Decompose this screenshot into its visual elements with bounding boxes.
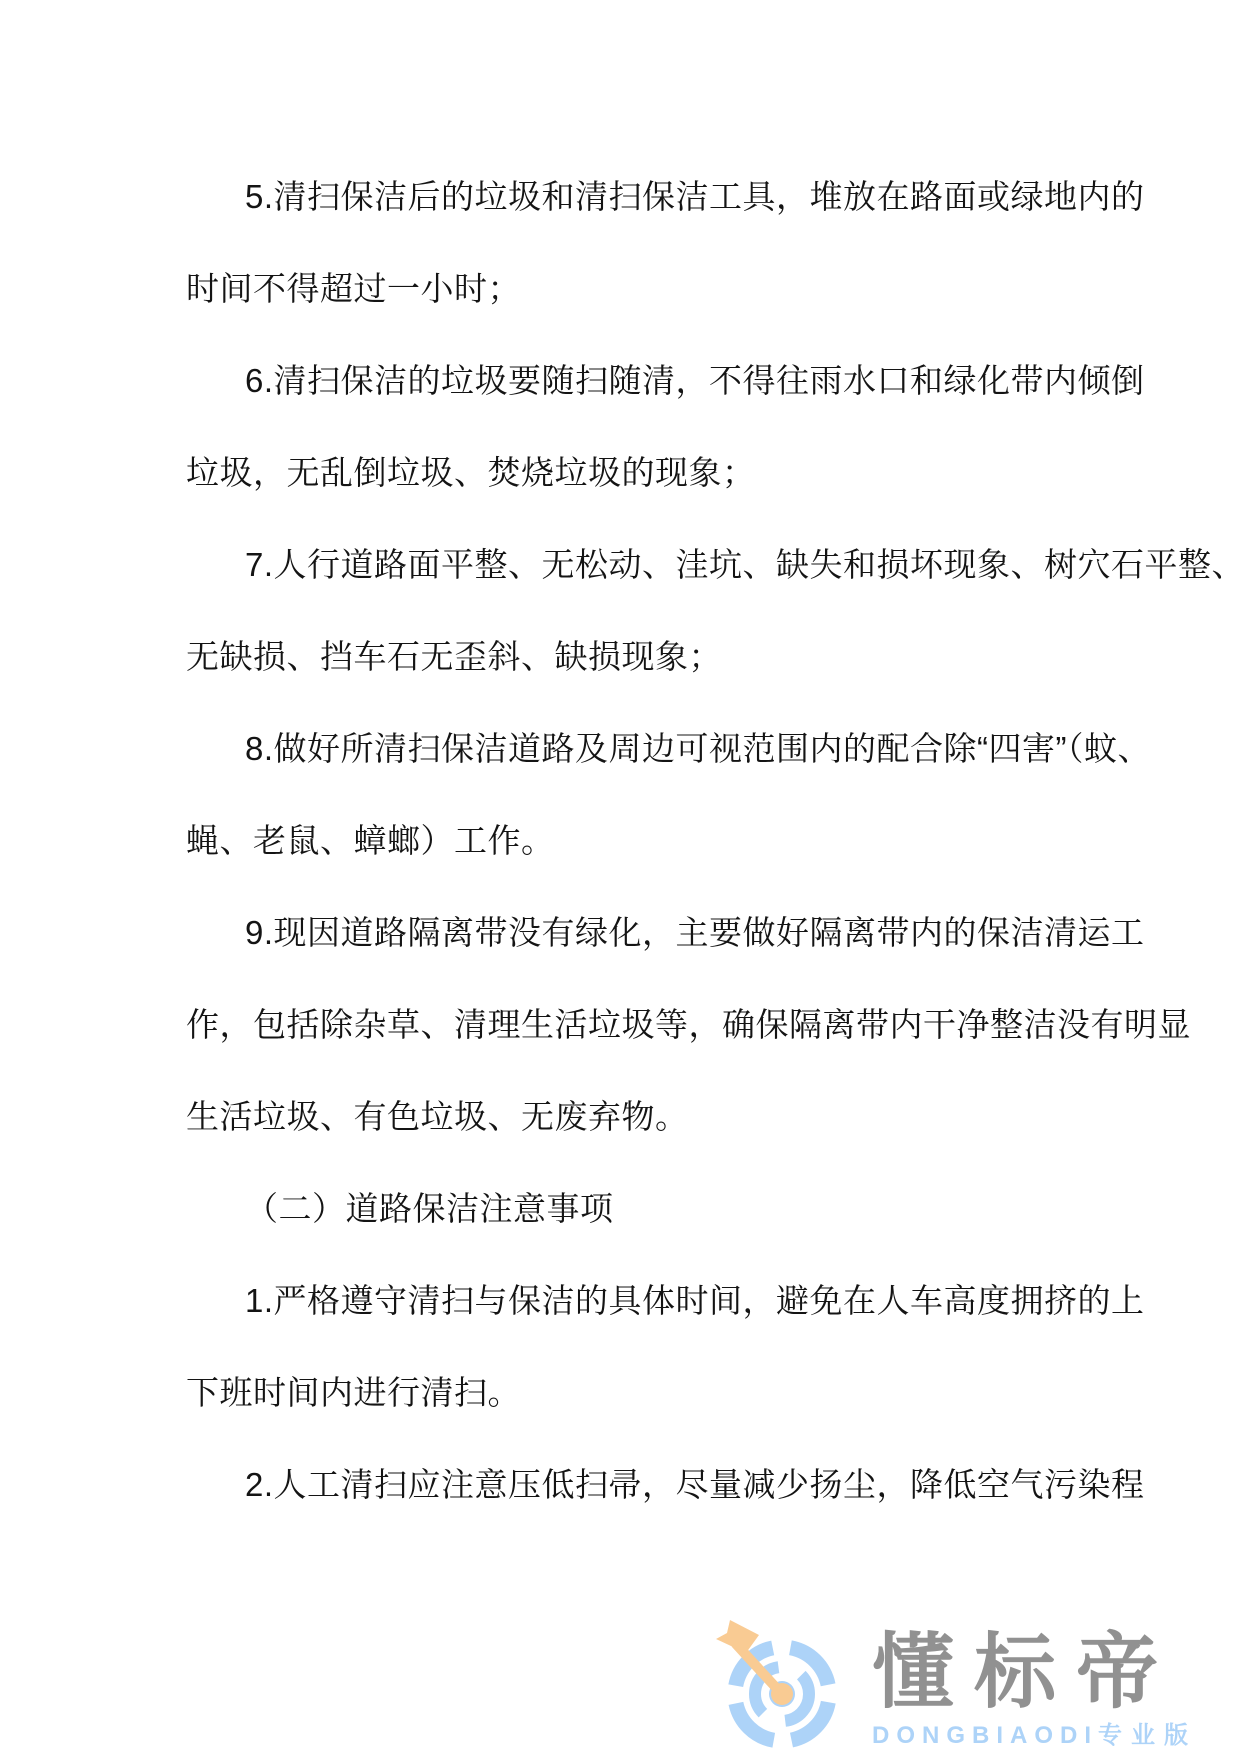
note-1-line-2: 下班时间内进行清扫。 xyxy=(186,1347,1150,1439)
brand-name: 懂标帝 xyxy=(872,1632,1197,1714)
document-body: 5.清扫保洁后的垃圾和清扫保洁工具，堆放在路面或绿地内的 时间不得超过一小时； … xyxy=(186,151,1150,1531)
paragraph-7-line-2: 无缺损、挡车石无歪斜、缺损现象； xyxy=(186,611,1150,703)
paragraph-5-line-2: 时间不得超过一小时； xyxy=(186,243,1150,335)
paragraph-9-line-2: 作，包括除杂草、清理生活垃圾等，确保隔离带内干净整洁没有明显 xyxy=(186,979,1150,1071)
section-heading-2: （二）道路保洁注意事项 xyxy=(186,1163,1150,1255)
paragraph-8-line-2: 蝇、老鼠、蟑螂）工作。 xyxy=(186,795,1150,887)
paragraph-9-line-3: 生活垃圾、有色垃圾、无废弃物。 xyxy=(186,1071,1150,1163)
brand-watermark: 懂标帝 DONGBIAODI专业版 xyxy=(712,1618,1197,1754)
paragraph-8-line-1: 8.做好所清扫保洁道路及周边可视范围内的配合除“四害”（蚊、 xyxy=(186,703,1150,795)
target-dart-icon xyxy=(712,1618,844,1754)
document-page: 5.清扫保洁后的垃圾和清扫保洁工具，堆放在路面或绿地内的 时间不得超过一小时； … xyxy=(0,0,1241,1754)
brand-latin: DONGBIAODI xyxy=(872,1722,1098,1749)
paragraph-6-line-1: 6.清扫保洁的垃圾要随扫随清，不得往雨水口和绿化带内倾倒 xyxy=(186,335,1150,427)
brand-subtitle: DONGBIAODI专业版 xyxy=(872,1724,1197,1748)
note-1-line-1: 1.严格遵守清扫与保洁的具体时间，避免在人车高度拥挤的上 xyxy=(186,1255,1150,1347)
note-2-line-1: 2.人工清扫应注意压低扫帚，尽量减少扬尘，降低空气污染程 xyxy=(186,1439,1150,1531)
paragraph-5-line-1: 5.清扫保洁后的垃圾和清扫保洁工具，堆放在路面或绿地内的 xyxy=(186,151,1150,243)
watermark-text: 懂标帝 DONGBIAODI专业版 xyxy=(872,1618,1197,1748)
paragraph-7-line-1: 7.人行道路面平整、无松动、洼坑、缺失和损坏现象、树穴石平整、 xyxy=(186,519,1150,611)
paragraph-6-line-2: 垃圾，无乱倒垃圾、焚烧垃圾的现象； xyxy=(186,427,1150,519)
brand-edition: 专业版 xyxy=(1098,1722,1197,1749)
paragraph-9-line-1: 9.现因道路隔离带没有绿化，主要做好隔离带内的保洁清运工 xyxy=(186,887,1150,979)
